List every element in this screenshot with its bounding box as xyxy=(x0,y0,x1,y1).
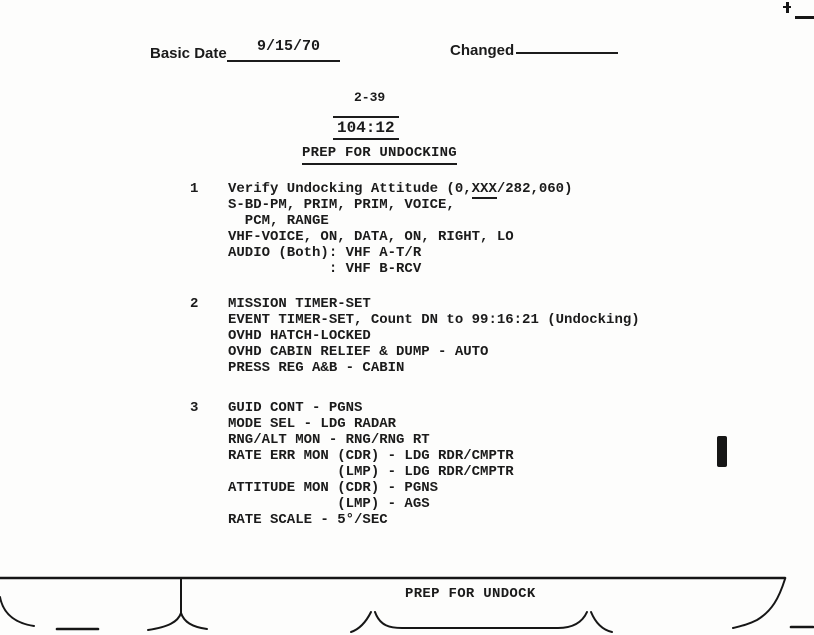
checklist-line: S-BD-PM, PRIM, PRIM, VOICE, xyxy=(228,197,572,213)
page-number: 2-39 xyxy=(354,90,385,105)
checklist-line: VHF-VOICE, ON, DATA, ON, RIGHT, LO xyxy=(228,229,572,245)
checklist-line: GUID CONT - PGNS xyxy=(228,400,514,416)
checklist-line: PRESS REG A&B - CABIN xyxy=(228,360,640,376)
item-lines: Verify Undocking Attitude (0,XXX/282,060… xyxy=(228,181,572,277)
checklist-line: RATE ERR MON (CDR) - LDG RDR/CMPTR xyxy=(228,448,514,464)
checklist-line: (LMP) - AGS xyxy=(228,496,514,512)
checklist-line: (LMP) - LDG RDR/CMPTR xyxy=(228,464,514,480)
item-number: 2 xyxy=(190,296,228,376)
basic-date-label: Basic Date xyxy=(150,45,227,63)
checklist-line: MODE SEL - LDG RADAR xyxy=(228,416,514,432)
item-lines: GUID CONT - PGNS MODE SEL - LDG RADAR RN… xyxy=(228,400,514,528)
checklist-line: EVENT TIMER-SET, Count DN to 99:16:21 (U… xyxy=(228,312,640,328)
basic-date-underline xyxy=(227,60,340,62)
checklist-item-1: 1 Verify Undocking Attitude (0,XXX/282,0… xyxy=(190,181,572,277)
basic-date-value: 9/15/70 xyxy=(257,39,320,55)
corner-dash-mark xyxy=(795,16,814,19)
item-lines: MISSION TIMER-SET EVENT TIMER-SET, Count… xyxy=(228,296,640,376)
item-number: 3 xyxy=(190,400,228,528)
checklist-item-2: 2 MISSION TIMER-SET EVENT TIMER-SET, Cou… xyxy=(190,296,640,376)
registration-tick-serif xyxy=(783,6,791,8)
checklist-line: AUDIO (Both): VHF A-T/R xyxy=(228,245,572,261)
mission-time: 104:12 xyxy=(333,116,399,140)
changed-label: Changed xyxy=(450,42,514,60)
checklist-line: MISSION TIMER-SET xyxy=(228,296,640,312)
checklist-line: ATTITUDE MON (CDR) - PGNS xyxy=(228,480,514,496)
line-text: Verify Undocking Attitude (0, xyxy=(228,181,472,197)
checklist-line: OVHD HATCH-LOCKED xyxy=(228,328,640,344)
document-page: Basic Date 9/15/70 Changed 2-39 104:12 P… xyxy=(0,0,814,635)
page-title: PREP FOR UNDOCKING xyxy=(302,145,457,165)
fill-in-placeholder: XXX xyxy=(472,181,497,199)
checklist-line: : VHF B-RCV xyxy=(228,261,572,277)
thumb-tab-divider-graphics xyxy=(0,570,814,635)
item-number: 1 xyxy=(190,181,228,277)
checklist-line: PCM, RANGE xyxy=(228,213,572,229)
checklist-line: Verify Undocking Attitude (0,XXX/282,060… xyxy=(228,181,572,197)
checklist-item-3: 3 GUID CONT - PGNS MODE SEL - LDG RADAR … xyxy=(190,400,514,528)
checklist-line: RNG/ALT MON - RNG/RNG RT xyxy=(228,432,514,448)
line-text: /282,060) xyxy=(497,181,573,197)
checklist-line: RATE SCALE - 5°/SEC xyxy=(228,512,514,528)
checklist-line: OVHD CABIN RELIEF & DUMP - AUTO xyxy=(228,344,640,360)
ink-blob-artifact xyxy=(717,436,727,467)
changed-underline xyxy=(516,52,618,54)
thumb-tab-label: PREP FOR UNDOCK xyxy=(405,587,536,602)
